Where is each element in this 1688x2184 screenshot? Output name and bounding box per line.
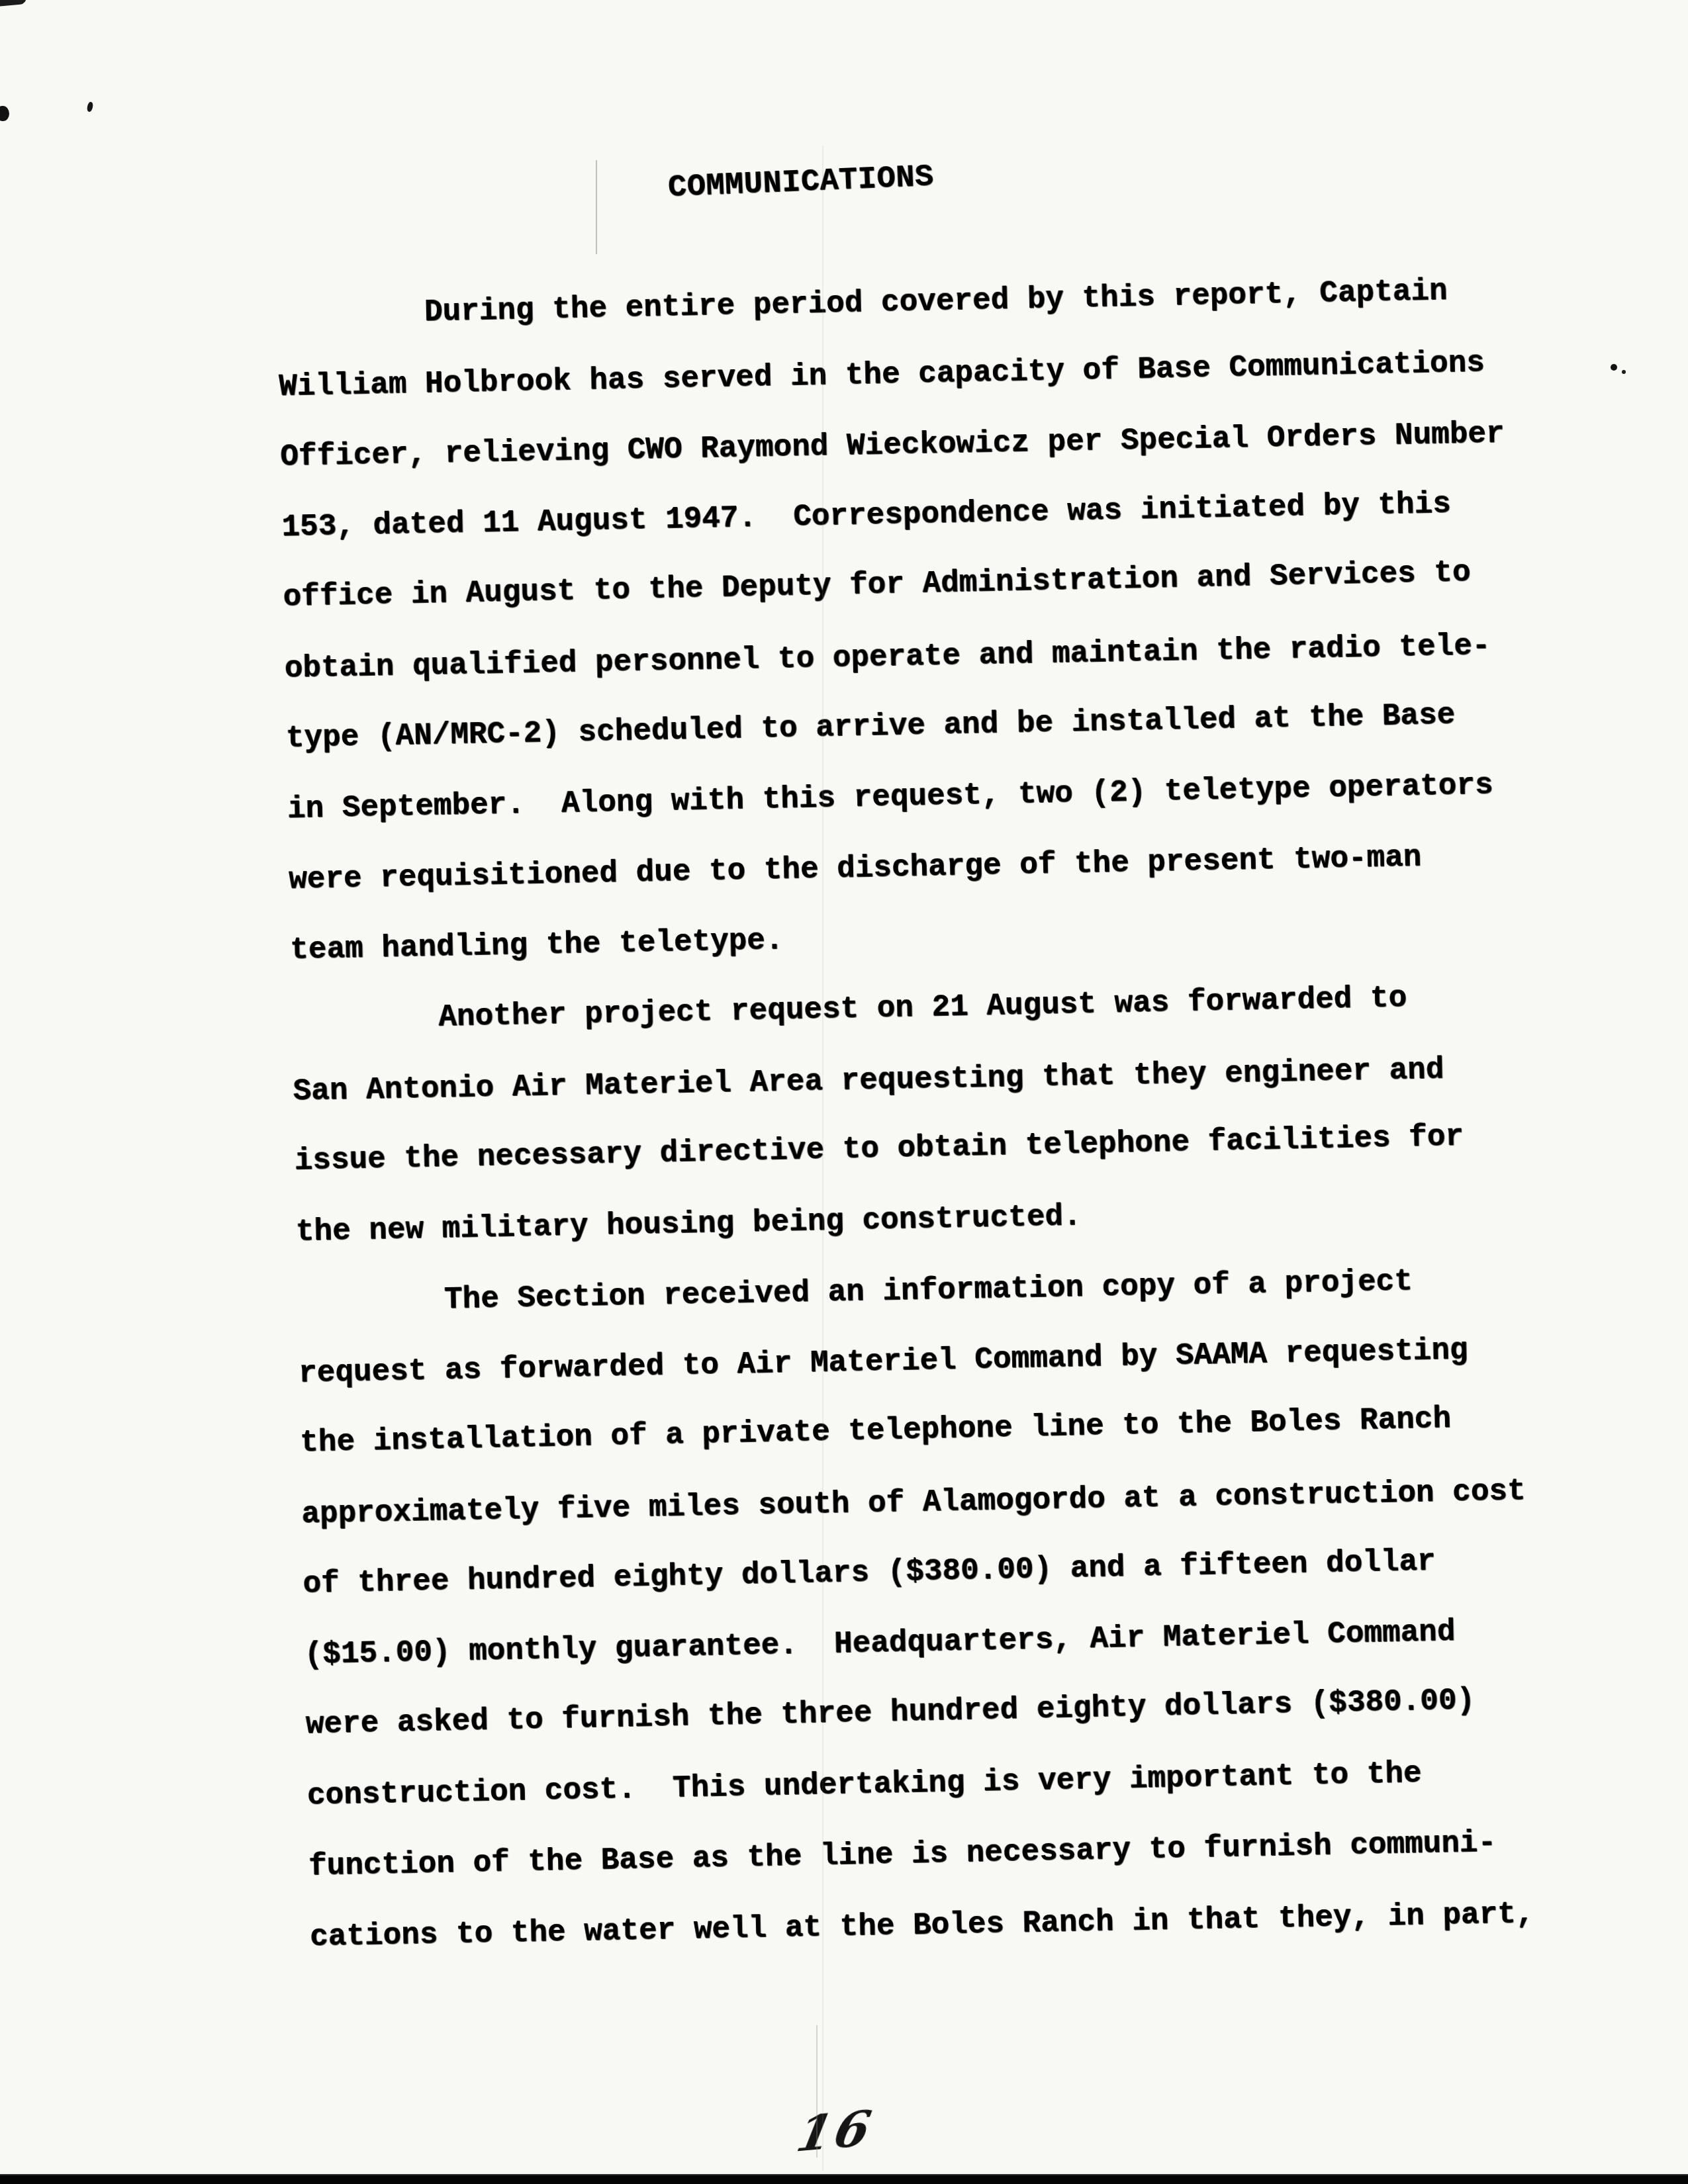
document-body: During the entire period covered by this…: [277, 255, 1568, 1972]
handwritten-page-number: 16: [792, 2100, 878, 2163]
ink-blob-left-edge: [0, 106, 9, 121]
page-title: COMMUNICATIONS: [667, 159, 935, 206]
scanned-document-page: COMMUNICATIONS During the entire period …: [0, 0, 1688, 2184]
scanner-streak: [596, 160, 597, 254]
scan-edge-bar: [0, 2174, 1688, 2184]
scanner-streak: [816, 2025, 818, 2158]
ink-dots-right-margin: [1611, 364, 1617, 371]
ink-tick-mark: [87, 101, 94, 112]
scanner-streak: [822, 146, 823, 2171]
scan-smudge-top-left: [0, 0, 26, 7]
